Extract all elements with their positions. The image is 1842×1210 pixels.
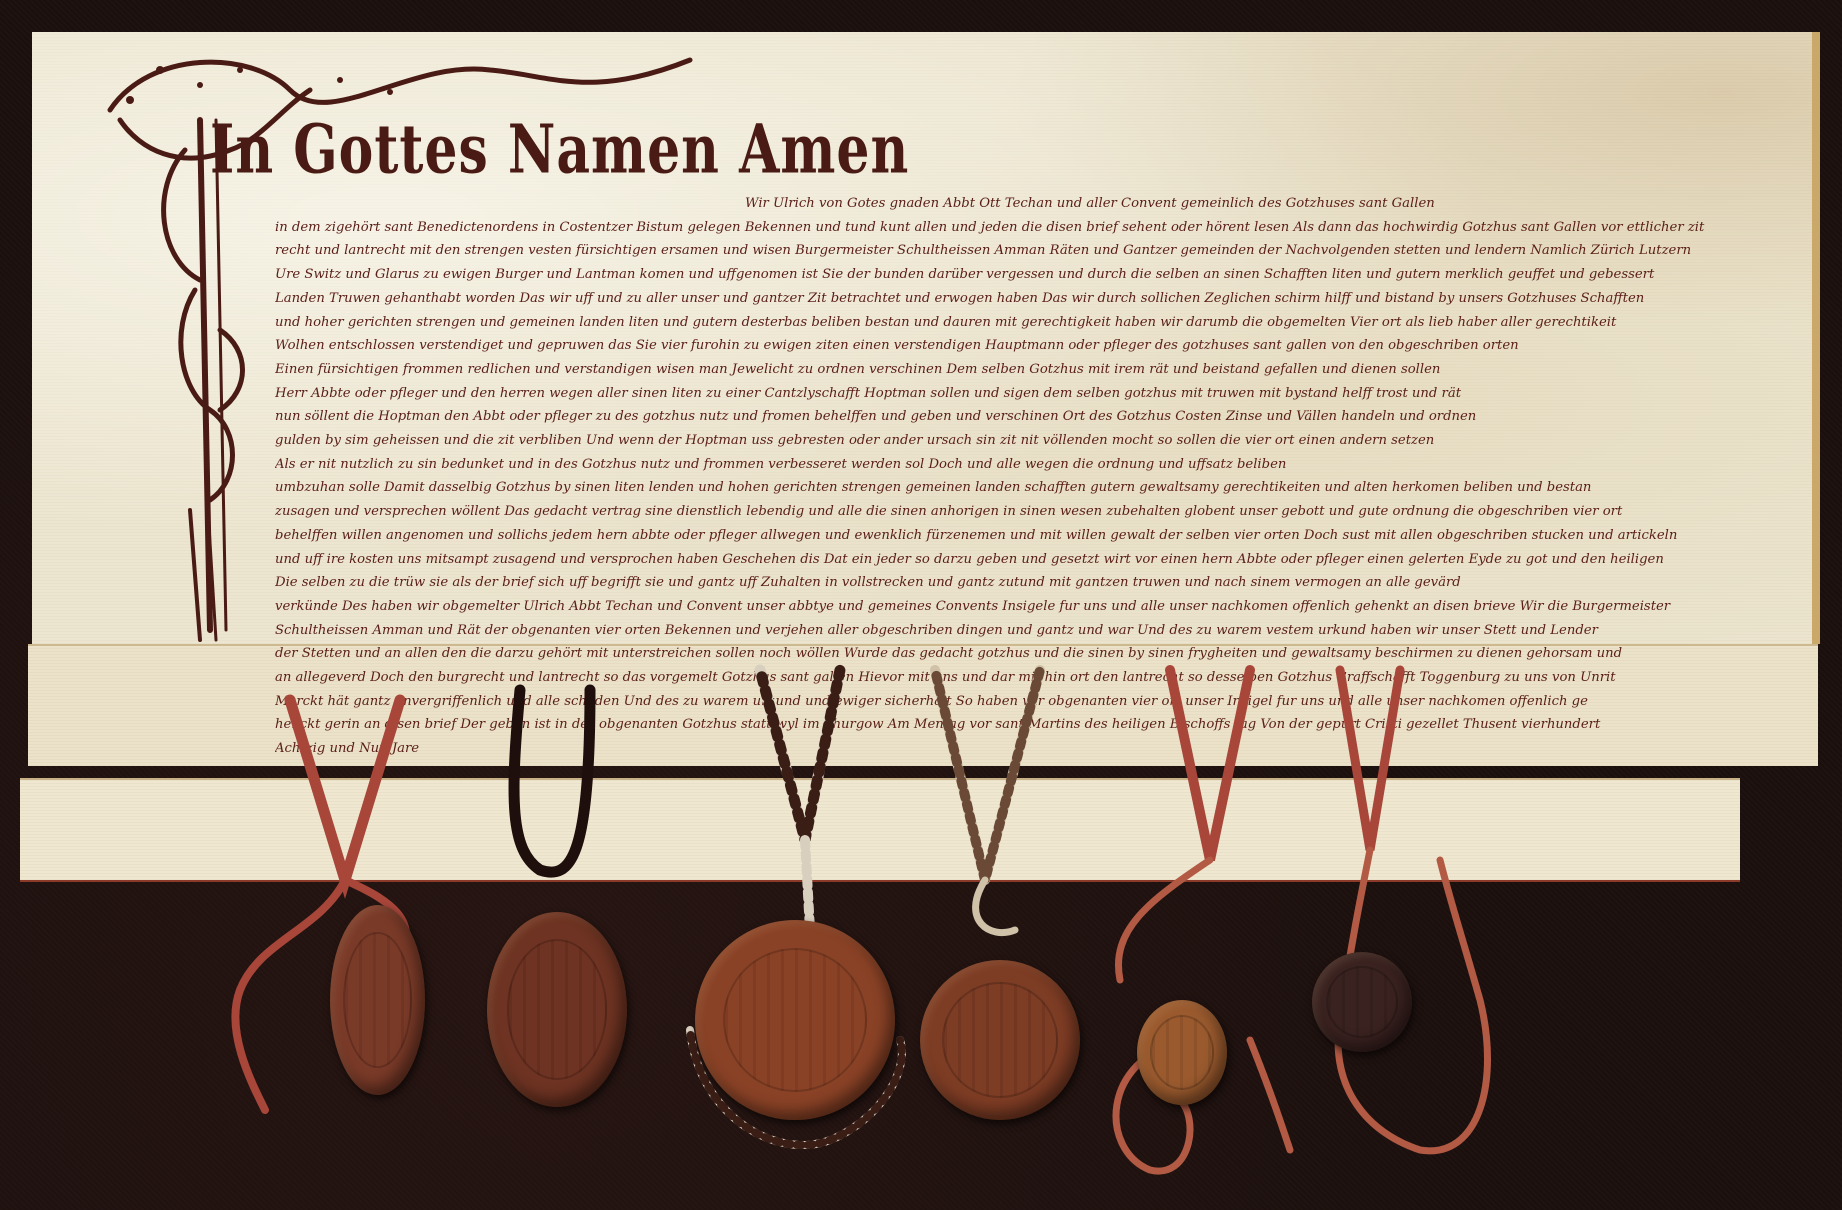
wax-seal-4 (920, 960, 1080, 1120)
wax-seal-2 (487, 912, 627, 1107)
wax-seal-5 (1137, 1000, 1227, 1105)
wax-seal-6 (1312, 952, 1412, 1052)
wax-seal-3 (695, 920, 895, 1120)
wax-seal-1 (330, 905, 425, 1095)
